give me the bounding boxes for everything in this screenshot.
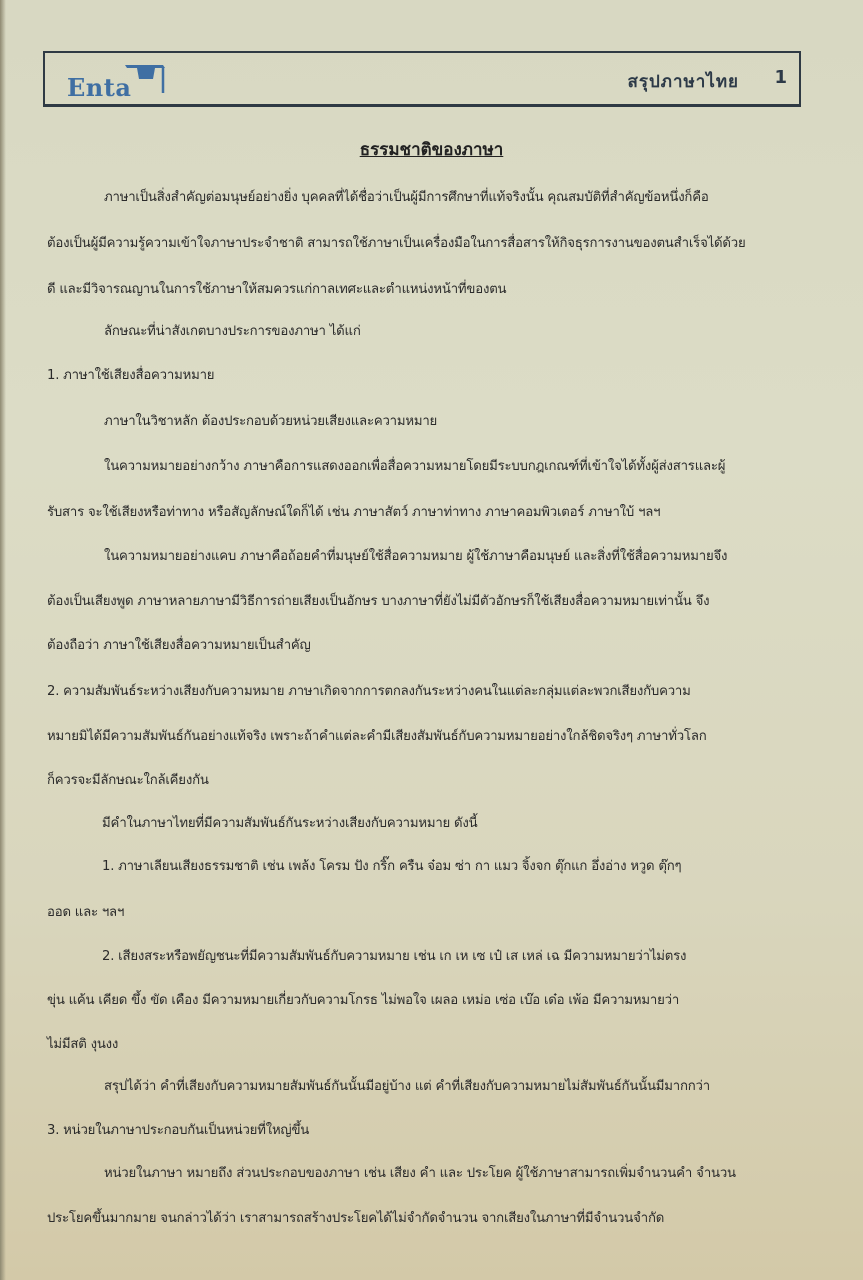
list-item: 2. เสียงสระหรือพยัญชนะที่มีความสัมพันธ์ก… (102, 945, 686, 966)
paragraph-line: ภาษาในวิชาหลัก ต้องประกอบด้วยหน่วยเสียงแ… (104, 410, 437, 431)
paragraph-line: ต้องเป็นเสียงพูด ภาษาหลายภาษามีวิธีการถ่… (47, 590, 709, 611)
paragraph-line: สรุปได้ว่า คำที่เสียงกับความหมายสัมพันธ์… (104, 1075, 710, 1096)
document-title: ธรรมชาติของภาษา (0, 136, 863, 163)
paragraph-line: หมายมิได้มีความสัมพันธ์กันอย่างแท้จริง เ… (47, 725, 706, 746)
list-item-cont: ขุ่น แค้น เคียด ขึ้ง ขัด เคือง มีความหมา… (47, 989, 679, 1010)
page-number: 1 (774, 67, 787, 88)
paragraph-line: ดี และมีวิจารณญานในการใช้ภาษาให้สมควรแก่… (47, 278, 506, 299)
section-heading: 3. หน่วยในภาษาประกอบกันเป็นหน่วยที่ใหญ่ข… (47, 1119, 309, 1140)
page-header: Enta สรุปภาษาไทย 1 (43, 51, 801, 107)
paragraph-line: ก็ควรจะมีลักษณะใกล้เคียงกัน (47, 769, 209, 790)
paragraph-line: ในความหมายอย่างกว้าง ภาษาคือการแสดงออกเพ… (104, 455, 725, 476)
paragraph-line: ประโยคขึ้นมากมาย จนกล่าวได้ว่า เราสามารถ… (47, 1207, 664, 1228)
paragraph-line: ต้องถือว่า ภาษาใช้เสียงสื่อความหมายเป็นส… (47, 634, 311, 655)
enta-logo: Enta (67, 61, 167, 101)
paragraph-line: ภาษาเป็นสิ่งสำคัญต่อมนุษย์อย่างยิ่ง บุคค… (104, 186, 709, 207)
list-item: 1. ภาษาเลียนเสียงธรรมชาติ เช่น เพล้ง โคร… (102, 855, 681, 876)
section-heading: 2. ความสัมพันธ์ระหว่างเสียงกับความหมาย ภ… (47, 680, 691, 701)
graduation-cap-icon (123, 61, 171, 101)
paragraph-line: รับสาร จะใช้เสียงหรือท่าทาง หรือสัญลักษณ… (47, 501, 660, 522)
section-heading: 1. ภาษาใช้เสียงสื่อความหมาย (47, 364, 214, 385)
list-item-cont: ออด และ ฯลฯ (47, 901, 124, 922)
paragraph-line: หน่วยในภาษา หมายถึง ส่วนประกอบของภาษา เช… (104, 1162, 736, 1183)
paragraph-line: มีคำในภาษาไทยที่มีความสัมพันธ์กันระหว่าง… (102, 812, 477, 833)
paragraph-line: ต้องเป็นผู้มีความรู้ความเข้าใจภาษาประจำช… (47, 232, 745, 253)
logo-text: Enta (67, 73, 131, 102)
page-edge-shadow (0, 0, 6, 1280)
book-title: สรุปภาษาไทย (627, 68, 739, 95)
paragraph-line: ในความหมายอย่างแคบ ภาษาคือถ้อยคำที่มนุษย… (104, 545, 727, 566)
list-item-cont: ไม่มีสติ งุนงง (47, 1033, 118, 1054)
paragraph-line: ลักษณะที่น่าสังเกตบางประการของภาษา ได้แก… (104, 320, 361, 341)
